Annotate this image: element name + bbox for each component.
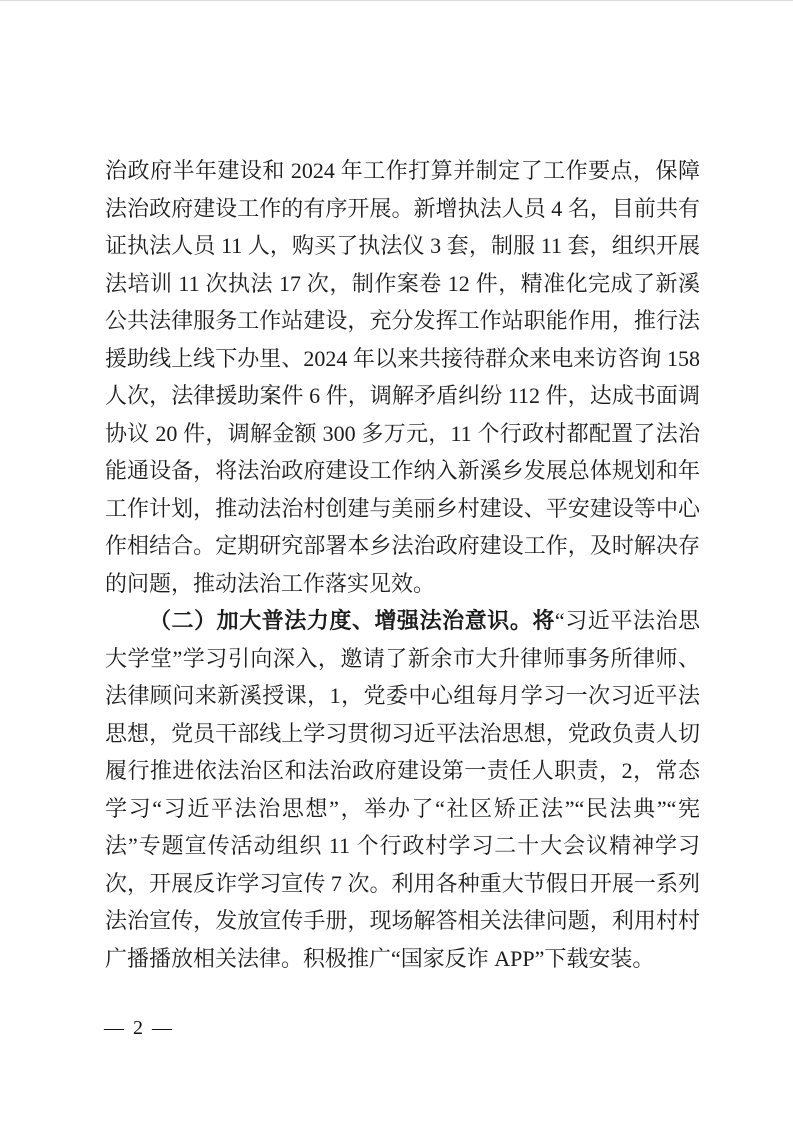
document-page: { "document": { "page_number": "— 2 —", … <box>0 0 793 1122</box>
body-line: 作相结合。定期研究部署本乡法治政府建设工作，及时解决存在 <box>105 527 700 565</box>
body-line: 法治宣传，发放宣传手册，现场解答相关法律问题，利用村村响 <box>105 902 700 940</box>
body-line: 广播播放相关法律。积极推广“国家反诈 APP”下载安装。 <box>105 940 700 978</box>
body-line: 法律顾问来新溪授课，1，党委中心组每月学习一次习近平法治 <box>105 677 700 715</box>
body-line: 大学堂”学习引向深入，邀请了新余市大升律师事务所律师、乡 <box>105 640 700 678</box>
document-body: 治政府半年建设和 2024 年工作打算并制定了工作要点，保障了 法治政府建设工作… <box>105 152 700 977</box>
body-line: 法培训 11 次执法 17 次，制作案卷 12 件，精准化完成了新溪乡 <box>105 265 700 303</box>
body-line: 思想，党员干部线上学习贯彻习近平法治思想，党政负责人切实 <box>105 715 700 753</box>
section-heading-line: （二）加大普法力度、增强法治意识。将“习近平法治思想 <box>105 602 700 640</box>
page-number: — 2 — <box>104 1014 174 1042</box>
section-heading-bold: （二）加大普法力度、增强法治意识。将 <box>149 608 555 633</box>
body-line: 法”专题宣传活动组织 11 个行政村学习二十大会议精神学习 22 <box>105 827 700 865</box>
body-line: 次，开展反诈学习宣传 7 次。利用各种重大节假日开展一系列的 <box>105 865 700 903</box>
scan-top-edge <box>0 0 793 1</box>
body-line: 工作计划，推动法治村创建与美丽乡村建设、平安建设等中心工 <box>105 490 700 528</box>
body-line: 援助线上线下办里、2024 年以来共接待群众来电来访咨询 158 <box>105 340 700 378</box>
body-line: 证执法人员 11 人，购买了执法仪 3 套，制服 11 套，组织开展执 <box>105 227 700 265</box>
body-line: 履行推进依法治区和法治政府建设第一责任人职责，2，常态化 <box>105 752 700 790</box>
body-line: 公共法律服务工作站建设，充分发挥工作站职能作用，推行法律 <box>105 302 700 340</box>
body-line: 法治政府建设工作的有序开展。新增执法人员 4 名，目前共有持 <box>105 190 700 228</box>
body-line: 协议 20 件，调解金额 300 多万元，11 个行政村都配置了法治智 <box>105 415 700 453</box>
body-line: 学习“习近平法治思想”，举办了“社区矫正法”“民法典”“宪 <box>105 790 700 828</box>
body-line: 治政府半年建设和 2024 年工作打算并制定了工作要点，保障了 <box>105 152 700 190</box>
body-line: 的问题，推动法治工作落实见效。 <box>105 565 700 603</box>
body-line: 人次，法律援助案件 6 件，调解矛盾纠纷 112 件，达成书面调解 <box>105 377 700 415</box>
body-line: 能通设备，将法治政府建设工作纳入新溪乡发展总体规划和年度 <box>105 452 700 490</box>
